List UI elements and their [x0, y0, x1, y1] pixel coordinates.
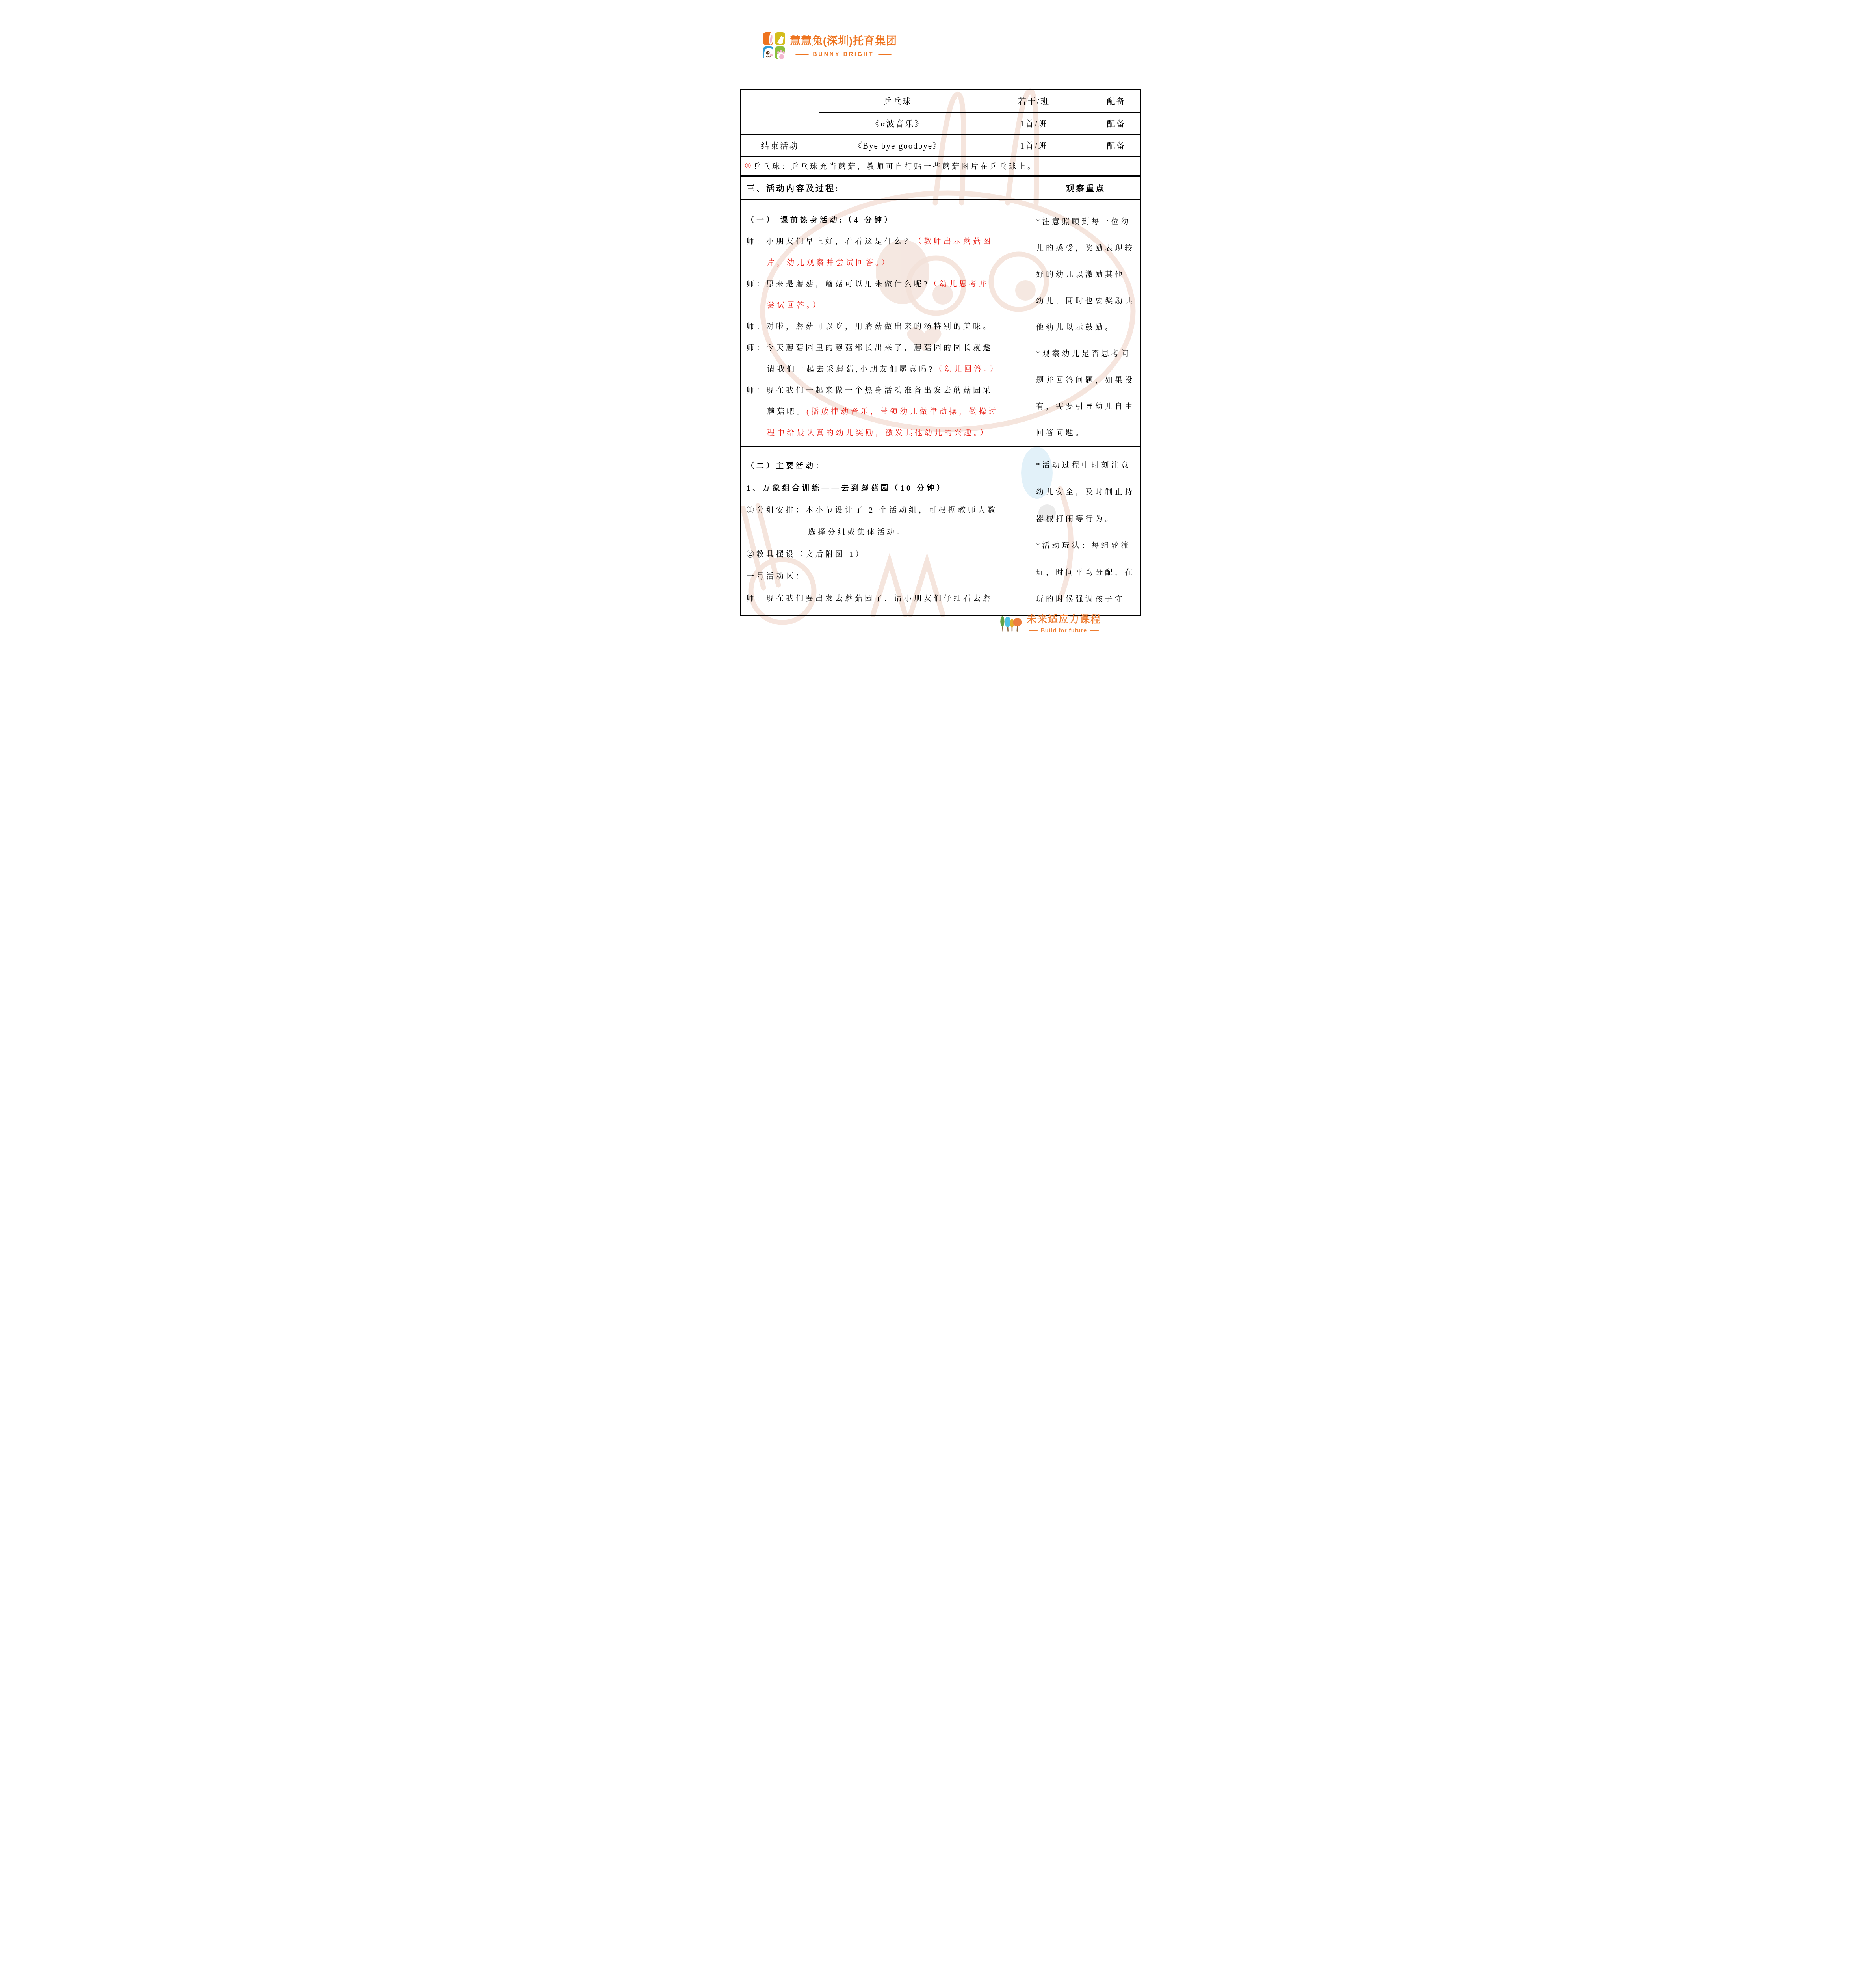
footer-logo: 未来适应力课程 Build for future — [1000, 611, 1101, 638]
text-line: 回答问题。 — [1036, 419, 1137, 446]
document-page: 慧慧兔(深圳)托育集团 BUNNY BRIGHT 乒乓球 若干/班 配备 《α波… — [704, 0, 1172, 663]
trees-icon — [1000, 611, 1023, 638]
table-note: ①乒乓球：乒乓球充当蘑菇，教师可自行贴一些蘑菇图片在乒乓球上。 — [741, 157, 1140, 177]
text-line: 题并回答问题，如果没 — [1036, 366, 1137, 393]
text-line: 玩，时间平均分配，在 — [1036, 558, 1137, 585]
text-line: ①分组安排：本小节设计了 2 个活动组，可根据教师人数 — [747, 498, 1027, 520]
text-line: 师：现在我们一起来做一个热身活动准备出发去蘑菇园采 — [747, 379, 1027, 400]
cell-item: 《α波音乐》 — [819, 113, 976, 135]
text-line: 程中给最认真的幼儿奖励，激发其他幼儿的兴趣。） — [747, 422, 1027, 443]
brand-name-en: BUNNY BRIGHT — [790, 51, 897, 57]
cell-item: 《Bye bye goodbye》 — [819, 135, 976, 157]
text-line: 师：对啦，蘑菇可以吃，用蘑菇做出来的汤特别的美味。 — [747, 315, 1027, 336]
dash-decoration — [1090, 630, 1099, 631]
brand-header: 慧慧兔(深圳)托育集团 BUNNY BRIGHT — [763, 32, 897, 62]
part1-content: （一） 课前热身活动:（4 分钟）师：小朋友们早上好，看看这是什么？（教师出示蘑… — [741, 200, 1031, 447]
text-line: 有，需要引导幼儿自由 — [1036, 393, 1137, 419]
text-line: （二）主要活动： — [747, 454, 1027, 476]
text-line: 幼儿安全，及时制止持 — [1036, 478, 1137, 505]
section-header-left: 三、活动内容及过程: — [741, 177, 1031, 200]
dash-decoration — [795, 54, 809, 55]
cell-status: 配备 — [1092, 113, 1140, 135]
text-line: 他幼儿以示鼓励。 — [1036, 314, 1137, 340]
cell-activity-empty — [741, 90, 819, 135]
cell-status: 配备 — [1092, 90, 1140, 113]
text-line: 一号活动区： — [747, 565, 1027, 587]
cell-quantity: 1首/班 — [976, 135, 1092, 157]
dash-decoration — [1029, 630, 1038, 631]
cell-quantity: 若干/班 — [976, 90, 1092, 113]
text-line: 蘑菇吧。(播放律动音乐，带领幼儿做律动操，做操过 — [747, 400, 1027, 422]
text-line: 儿的感受，奖励表现较 — [1036, 234, 1137, 261]
text-line: 玩的时候强调孩子守 — [1036, 585, 1137, 612]
footer-subtitle-en: Build for future — [1027, 627, 1101, 634]
bunny-tiles-icon — [763, 32, 785, 62]
text-line: （一） 课前热身活动:（4 分钟） — [747, 209, 1027, 230]
text-line: 好的幼儿以激励其他 — [1036, 261, 1137, 287]
text-line: 选择分组或集体活动。 — [747, 520, 1027, 543]
section-header-right: 观察重点 — [1031, 177, 1140, 200]
text-line: 师：原来是蘑菇，蘑菇可以用来做什么呢?（幼儿思考并 — [747, 273, 1027, 294]
text-line: ②教具摆设（文后附图 1） — [747, 543, 1027, 565]
text-line: *观察幼儿是否思考问 — [1036, 340, 1137, 366]
text-line: 师：今天蘑菇园里的蘑菇都长出来了，蘑菇园的园长就邀 — [747, 336, 1027, 358]
text-line: 片，幼儿观察并尝试回答。） — [747, 251, 1027, 273]
text-line: 师：小朋友们早上好，看看这是什么？（教师出示蘑菇图 — [747, 230, 1027, 251]
cell-activity: 结束活动 — [741, 135, 819, 157]
cell-status: 配备 — [1092, 135, 1140, 157]
dash-decoration — [878, 54, 892, 55]
footer-title-cn: 未来适应力课程 — [1027, 611, 1101, 626]
note-marker: ① — [745, 162, 753, 171]
cell-item: 乒乓球 — [819, 90, 976, 113]
cell-quantity: 1首/班 — [976, 113, 1092, 135]
text-line: *注意照顾到每一位幼 — [1036, 208, 1137, 234]
text-line: 幼儿，同时也要奖励其 — [1036, 287, 1137, 314]
text-line: 尝试回答。） — [747, 294, 1027, 315]
text-line: *活动玩法：每组轮流 — [1036, 532, 1137, 558]
brand-name-cn: 慧慧兔(深圳)托育集团 — [790, 32, 897, 48]
lesson-plan-table: 乒乓球 若干/班 配备 《α波音乐》 1首/班 配备 结束活动 《Bye bye… — [740, 89, 1141, 616]
text-line: *活动过程中时刻注意 — [1036, 451, 1137, 478]
part2-content: （二）主要活动：1、万象组合训练——去到蘑菇园（10 分钟）①分组安排：本小节设… — [741, 447, 1031, 615]
text-line: 师：现在我们要出发去蘑菇园了，请小朋友们仔细看去蘑 — [747, 587, 1027, 609]
text-line: 1、万象组合训练——去到蘑菇园（10 分钟） — [747, 476, 1027, 498]
part2-observations: *活动过程中时刻注意幼儿安全，及时制止持器械打闹等行为。*活动玩法：每组轮流玩，… — [1031, 447, 1140, 615]
text-line: 器械打闹等行为。 — [1036, 505, 1137, 532]
text-line: 请我们一起去采蘑菇,小朋友们愿意吗?（幼儿回答。） — [747, 358, 1027, 379]
part1-observations: *注意照顾到每一位幼儿的感受，奖励表现较好的幼儿以激励其他幼儿，同时也要奖励其他… — [1031, 200, 1140, 447]
note-text: 乒乓球：乒乓球充当蘑菇，教师可自行贴一些蘑菇图片在乒乓球上。 — [753, 161, 1037, 171]
